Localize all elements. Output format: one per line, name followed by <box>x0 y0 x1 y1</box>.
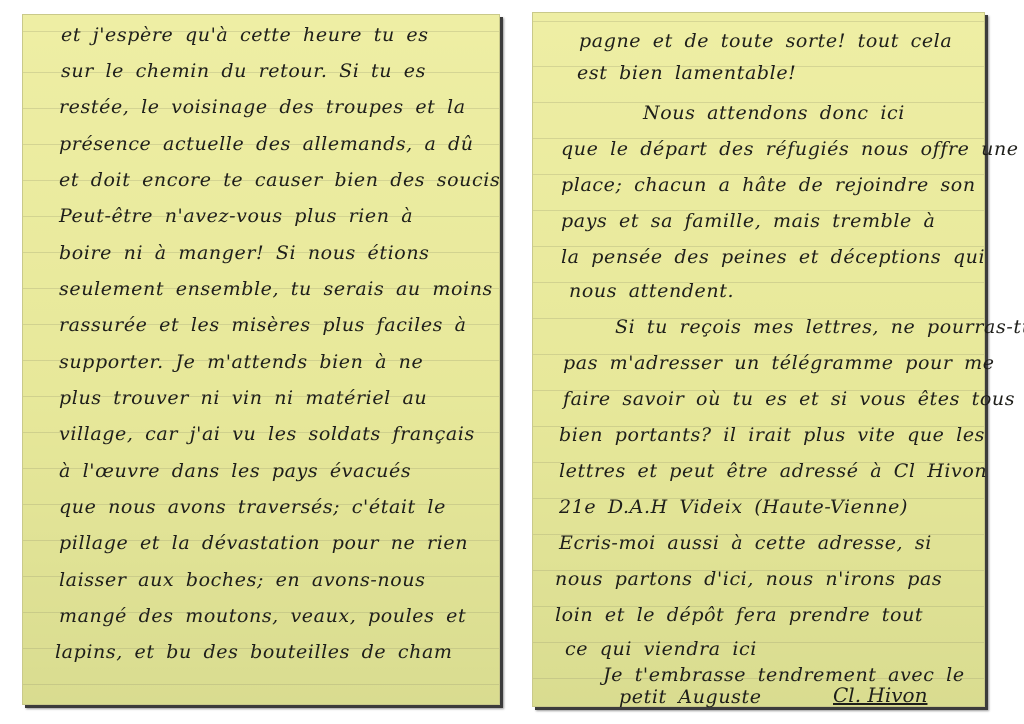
text-line: que nous avons traversés; c'était le <box>59 495 446 519</box>
text-line: pagne et de toute sorte! tout cela <box>579 29 952 53</box>
text-line: loin et le dépôt fera prendre tout <box>555 603 923 627</box>
text-line: est bien lamentable! <box>577 61 796 85</box>
handwritten-text-left: et j'espère qu'à cette heure tu es sur l… <box>23 15 499 704</box>
text-line: petit Auguste <box>619 685 762 709</box>
text-line: et j'espère qu'à cette heure tu es <box>61 23 429 47</box>
text-line: Peut-être n'avez-vous plus rien à <box>59 204 413 228</box>
text-line: sur le chemin du retour. Si tu es <box>61 59 426 83</box>
text-line: Ecris-moi aussi à cette adresse, si <box>559 531 932 555</box>
text-line: lettres et peut être adressé à Cl Hivon <box>559 459 987 483</box>
text-line: mangé des moutons, veaux, poules et <box>59 604 466 628</box>
text-line: rassurée et les misères plus faciles à <box>59 313 467 337</box>
text-line: pays et sa famille, mais tremble à <box>561 209 935 233</box>
text-line: boire ni à manger! Si nous étions <box>59 241 430 265</box>
text-line: restée, le voisinage des troupes et la <box>59 95 466 119</box>
text-line: nous attendent. <box>569 279 734 303</box>
text-line: ce qui viendra ici <box>565 637 757 661</box>
text-line: bien portants? il irait plus vite que le… <box>559 423 985 447</box>
text-line: faire savoir où tu es et si vous êtes to… <box>563 387 1015 411</box>
text-line: à l'œuvre dans les pays évacués <box>59 459 411 483</box>
text-line: supporter. Je m'attends bien à ne <box>59 350 423 374</box>
text-line: village, car j'ai vu les soldats françai… <box>59 422 475 446</box>
handwritten-text-right: pagne et de toute sorte! tout cela est b… <box>533 13 984 706</box>
text-line: nous partons d'ici, nous n'irons pas <box>555 567 942 591</box>
text-line: pillage et la dévastation pour ne rien <box>59 531 468 555</box>
text-line: plus trouver ni vin ni matériel au <box>59 386 427 410</box>
letter-page-left: et j'espère qu'à cette heure tu es sur l… <box>22 14 500 705</box>
text-line: seulement ensemble, tu serais au moins <box>59 277 493 301</box>
text-line: 21e D.A.H Videix (Haute-Vienne) <box>559 495 908 519</box>
text-line: la pensée des peines et déceptions qui <box>561 245 985 269</box>
text-line: présence actuelle des allemands, a dû <box>59 132 474 156</box>
text-line: pas m'adresser un télégramme pour me <box>563 351 995 375</box>
text-line: place; chacun a hâte de rejoindre son <box>561 173 976 197</box>
text-line: que le départ des réfugiés nous offre un… <box>561 137 1019 161</box>
signature: Cl. Hivon <box>833 683 927 707</box>
text-line: laisser aux boches; en avons-nous <box>59 568 425 592</box>
text-line: lapins, et bu des bouteilles de cham <box>55 640 453 664</box>
text-line: Si tu reçois mes lettres, ne pourras-tu <box>615 315 1024 339</box>
text-line: Nous attendons donc ici <box>643 101 905 125</box>
text-line: et doit encore te causer bien des soucis <box>59 168 500 192</box>
letter-page-right: pagne et de toute sorte! tout cela est b… <box>532 12 985 707</box>
